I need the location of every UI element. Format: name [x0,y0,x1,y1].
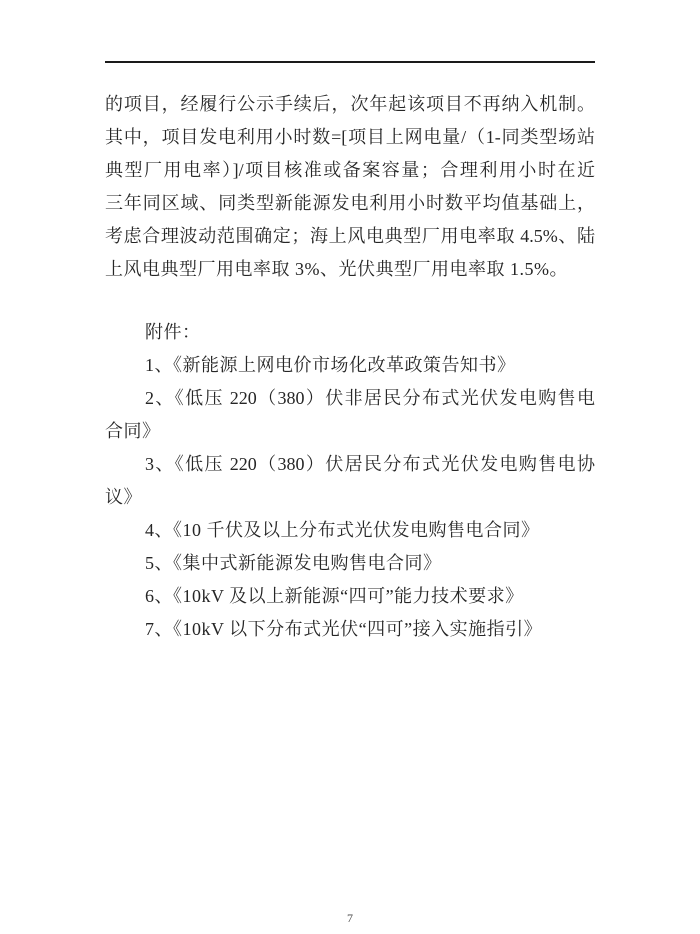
footnote-separator-rule [105,61,595,63]
attachment-item: 1、《新能源上网电价市场化改革政策告知书》 [105,349,595,382]
attachment-item: 2、《低压 220（380）伏非居民分布式光伏发电购售电 [105,382,595,415]
attachments-label: 附件： [105,316,595,349]
paragraph-line: 考虑合理波动范围确定；海上风电典型厂用电率取 4.5%、陆 [105,220,595,253]
document-page: 的项目，经履行公示手续后，次年起该项目不再纳入机制。 其中，项目发电利用小时数=… [0,0,700,934]
paragraph-line: 三年同区域、同类型新能源发电利用小时数平均值基础上， [105,187,595,220]
attachment-item-continuation: 议》 [105,481,595,514]
attachment-item: 6、《10kV 及以上新能源“四可”能力技术要求》 [105,580,595,613]
paragraph-line: 典型厂用电率）]/项目核准或备案容量；合理利用小时在近 [105,154,595,187]
document-body: 的项目，经履行公示手续后，次年起该项目不再纳入机制。 其中，项目发电利用小时数=… [105,88,595,646]
attachment-item: 4、《10 千伏及以上分布式光伏发电购售电合同》 [105,514,595,547]
paragraph-line: 的项目，经履行公示手续后，次年起该项目不再纳入机制。 [105,88,595,121]
paragraph-line: 其中，项目发电利用小时数=[项目上网电量/（1-同类型场站 [105,121,595,154]
page-number: 7 [0,910,700,926]
attachment-item: 5、《集中式新能源发电购售电合同》 [105,547,595,580]
attachment-item: 3、《低压 220（380）伏居民分布式光伏发电购售电协 [105,448,595,481]
attachment-item-continuation: 合同》 [105,415,595,448]
paragraph-line: 上风电典型厂用电率取 3%、光伏典型厂用电率取 1.5%。 [105,253,595,286]
attachment-item: 7、《10kV 以下分布式光伏“四可”接入实施指引》 [105,613,595,646]
